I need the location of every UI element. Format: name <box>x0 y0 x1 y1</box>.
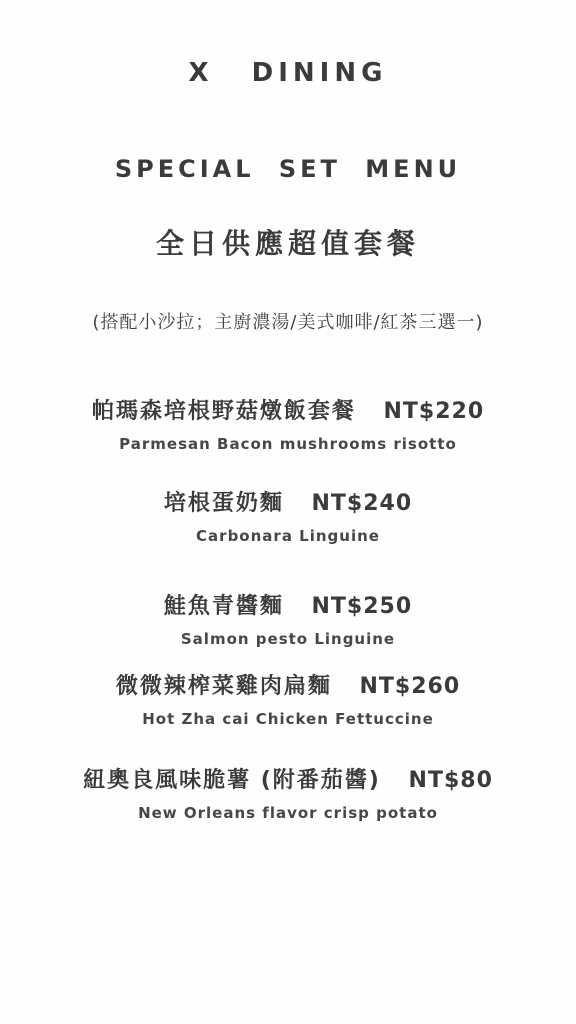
menu-note: (搭配小沙拉；主廚濃湯/美式咖啡/紅茶三選一) <box>0 308 576 334</box>
menu-item-price: NT$250 <box>312 594 413 619</box>
menu-item-name-en: Carbonara Linguine <box>0 527 576 545</box>
menu-item-name-zh: 培根蛋奶麵 <box>164 491 284 516</box>
restaurant-name: X DINING <box>0 58 576 88</box>
menu-item-price: NT$240 <box>312 491 413 516</box>
menu-item-price: NT$220 <box>384 399 485 424</box>
menu-item-title-row: 帕瑪森培根野菇燉飯套餐 NT$220 <box>0 398 576 426</box>
menu-item: 微微辣榨菜雞肉扁麵 NT$260 Hot Zha cai Chicken Fet… <box>0 673 576 728</box>
menu-item-name-en: New Orleans flavor crisp potato <box>0 804 576 822</box>
menu-item-name-en: Hot Zha cai Chicken Fettuccine <box>0 710 576 728</box>
menu-title-zh: 全日供應超值套餐 <box>0 222 576 262</box>
menu-item: 帕瑪森培根野菇燉飯套餐 NT$220 Parmesan Bacon mushro… <box>0 398 576 453</box>
menu-item-name-en: Salmon pesto Linguine <box>0 630 576 648</box>
menu-item-title-row: 培根蛋奶麵 NT$240 <box>0 490 576 518</box>
menu-item: 紐奧良風味脆薯 (附番茄醬) NT$80 New Orleans flavor … <box>0 767 576 822</box>
menu-item: 培根蛋奶麵 NT$240 Carbonara Linguine <box>0 490 576 545</box>
menu-item-name-en: Parmesan Bacon mushrooms risotto <box>0 435 576 453</box>
menu-item: 鮭魚青醬麵 NT$250 Salmon pesto Linguine <box>0 593 576 648</box>
menu-item-name-zh: 鮭魚青醬麵 <box>164 594 284 619</box>
menu-page: X DINING SPECIAL SET MENU 全日供應超值套餐 (搭配小沙… <box>0 0 576 1024</box>
menu-item-price: NT$80 <box>409 768 493 793</box>
menu-item-price: NT$260 <box>360 674 461 699</box>
menu-item-title-row: 鮭魚青醬麵 NT$250 <box>0 593 576 621</box>
menu-item-name-zh: 紐奧良風味脆薯 (附番茄醬) <box>83 768 381 793</box>
menu-item-name-zh: 微微辣榨菜雞肉扁麵 <box>116 674 332 699</box>
menu-title-en: SPECIAL SET MENU <box>0 155 576 183</box>
menu-item-name-zh: 帕瑪森培根野菇燉飯套餐 <box>92 399 356 424</box>
menu-item-title-row: 微微辣榨菜雞肉扁麵 NT$260 <box>0 673 576 701</box>
menu-item-title-row: 紐奧良風味脆薯 (附番茄醬) NT$80 <box>0 767 576 795</box>
